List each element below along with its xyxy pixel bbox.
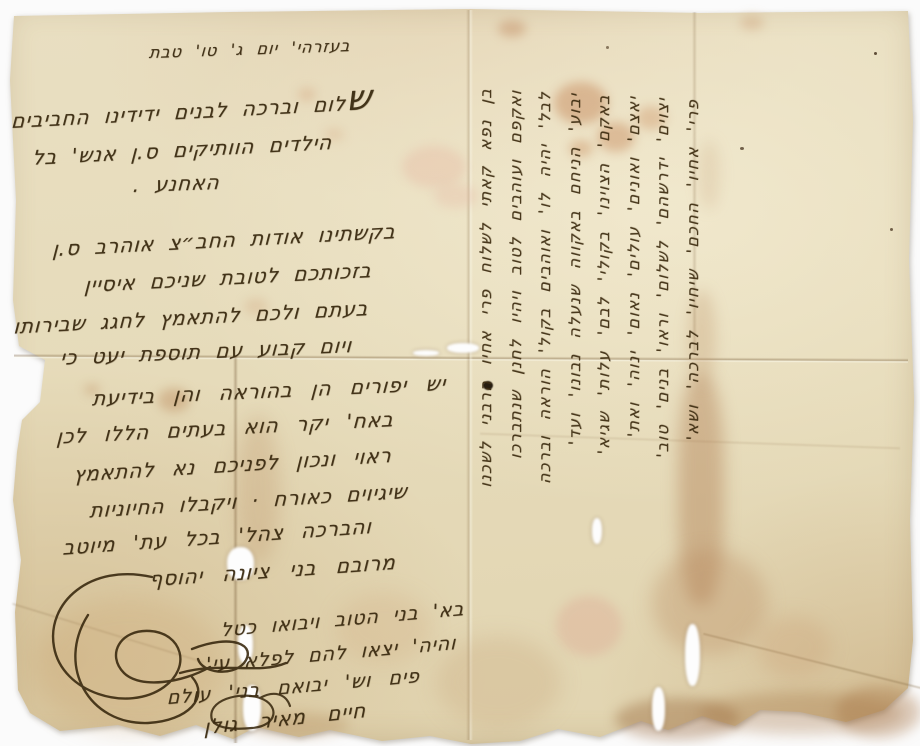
cross-written-line: פרי' אחיו' החכם' שיחיו' לברכה' ושא' — [678, 98, 708, 720]
cross-written-line: לבל' יהיה לו' ואוהבים בקול' הוראה וברכה — [530, 90, 560, 712]
handwriting-line: האחנע . — [132, 170, 221, 197]
cross-written-line: יאצם' ואונים' עולים' נאום' ינוה' ואת' — [619, 95, 649, 717]
cross-written-block: בן נפא קאתי לשלוח פרי אחיו הרבני לשכנו ו… — [471, 87, 709, 719]
scanned-letter-page: בעזרהי' יום ג' טו' טבת שלום וברכה לבנים … — [0, 0, 920, 746]
cross-written-line: בן נפא קאתי לשלוח פרי אחיו הרבני לשכנו — [471, 87, 501, 709]
cross-written-line: יצוים' ידרשהם' לשלום' וראו' בנים' טוב' — [648, 96, 678, 718]
paper-tear — [413, 350, 439, 356]
cross-written-line: יבוע' הניחם באקווה שנעלה נבונו' ועד' — [560, 92, 590, 714]
cross-written-line: ואקפם ועוהבים לטוב ויהיו לחנן שנתברכו — [501, 89, 531, 711]
cross-written-line: באקם' הצוינו' בקולי' לבם' עלות' שגיא' — [589, 93, 619, 715]
